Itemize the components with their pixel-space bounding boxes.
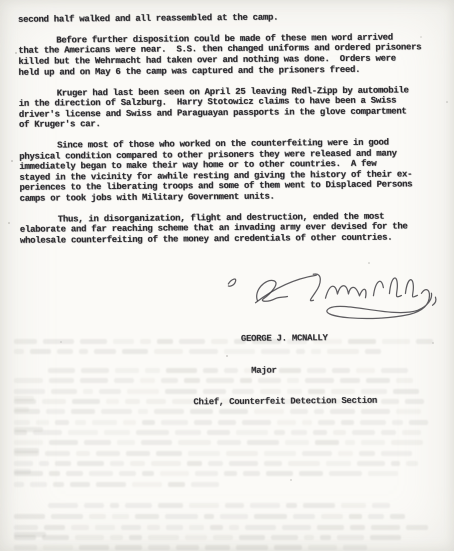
ghost-word [49,378,74,383]
text-line: second half walked and all reassembled a… [18,11,453,25]
ghost-word [264,461,282,466]
ghost-word [148,535,179,540]
ghost-word [184,378,200,383]
ghost-word [349,514,362,519]
ghost-word [146,399,166,404]
ghost-text-row [14,389,440,394]
ghost-word [224,368,238,373]
ghost-word [381,451,412,456]
ghost-word [242,420,271,425]
ghost-word [148,545,170,550]
ghost-word [393,389,419,394]
ghost-text-row [14,535,407,540]
ghost-word [261,349,290,354]
ghost-word [365,349,382,354]
ghost-word [416,339,433,344]
ghost-word [274,430,285,435]
ghost-word [356,368,375,373]
ghost-word [240,378,251,383]
ghost-word [308,545,337,550]
ghost-word [368,471,398,476]
ghost-word [147,525,160,530]
ghost-word [132,482,162,487]
ghost-word [166,368,197,373]
ghost-word [30,482,47,487]
ghost-word [39,461,49,466]
ghost-word [185,535,207,540]
ghost-word [168,482,185,487]
ghost-word [14,420,30,425]
ghost-word [14,545,37,550]
ghost-word [266,471,293,476]
ghost-word [239,535,264,540]
ghost-word [55,420,68,425]
ghost-word [331,389,355,394]
ghost-word [333,430,346,435]
ghost-word [92,420,117,425]
ghost-word [172,399,199,404]
ghost-word [57,349,73,354]
ghost-word [157,339,173,344]
paragraph: Thus, in disorganization, flight and des… [20,211,454,246]
ghost-word [279,399,309,404]
paragraph: Before further disposition could be made… [18,32,453,78]
ghost-word [154,409,184,414]
ghost-word [189,503,219,508]
ghost-word [75,420,86,425]
ghost-word [279,368,301,373]
ghost-word [113,339,135,344]
ghost-word [372,503,390,508]
ghost-word [127,389,159,394]
ghost-word [203,389,227,394]
ghost-word [302,451,332,456]
ghost-word [55,461,70,466]
ghost-word [307,368,326,373]
ghost-word [285,440,309,445]
ghost-word [51,389,77,394]
ghost-text-row [14,471,404,476]
ghost-word [79,545,109,550]
ghost-word [14,451,39,456]
ghost-text-row [14,525,434,530]
ghost-text-row [14,514,440,519]
ghost-word [140,339,150,344]
ghost-word [287,389,301,394]
ghost-word [160,471,188,476]
ghost-word [391,461,400,466]
ghost-word [318,420,335,425]
ghost-word [166,525,184,530]
ghost-word [304,535,314,540]
ghost-word [326,461,351,466]
ghost-word [176,545,199,550]
ghost-word [101,409,132,414]
ghost-word [264,451,297,456]
ghost-word [14,440,43,445]
ghost-word [317,525,344,530]
ghost-word [194,420,212,425]
handwritten-signature-icon [221,270,443,330]
ghost-word [36,420,49,425]
ghost-word [142,420,154,425]
ghost-word [75,535,104,540]
ghost-text-row [48,503,396,508]
ghost-word [30,349,51,354]
ghost-word [42,535,69,540]
ghost-word [66,471,83,476]
ghost-word [145,368,160,373]
ghost-word [313,430,327,435]
ghost-word [213,535,233,540]
ghost-word [80,378,107,383]
ghost-word [195,471,218,476]
ghost-word [337,535,364,540]
ghost-word [409,420,428,425]
ghost-word [315,399,341,404]
ghost-word [381,430,396,435]
ghost-word [68,430,98,435]
ghost-word [277,420,296,425]
ghost-word [70,482,90,487]
ghost-word [229,525,238,530]
ghost-word [286,503,297,508]
ghost-word [188,451,220,456]
ghost-word [14,461,33,466]
ghost-word [14,482,24,487]
ghost-word [332,368,350,373]
ghost-word [338,451,353,456]
ghost-text-row [14,339,439,344]
ghost-word [244,368,255,373]
ghost-word [205,399,215,404]
ghost-word [282,525,311,530]
ghost-word [156,451,182,456]
ghost-word [361,440,385,445]
ghost-word [218,420,236,425]
ghost-word [361,409,390,414]
ghost-word [243,471,260,476]
ghost-word [348,339,375,344]
ghost-word [14,471,43,476]
ghost-word [14,349,24,354]
ghost-word [125,399,140,404]
ghost-text-row [14,409,440,414]
ghost-word [45,451,70,456]
ghost-word [161,378,178,383]
ghost-word [141,440,172,445]
ghost-text-row [14,420,434,425]
ghost-word [291,430,307,435]
ghost-word [359,451,375,456]
ghost-word [226,451,257,456]
ghost-word [260,389,281,394]
paragraph: second half walked and all reassembled a… [18,11,453,25]
ghost-word [245,399,274,404]
ghost-word [46,409,65,414]
ghost-word [71,409,95,414]
ghost-word [341,420,354,425]
ghost-word [51,514,83,519]
ghost-word [211,339,229,344]
ghost-word [274,545,302,550]
ghost-word [14,535,36,540]
ghost-word [366,378,390,383]
ghost-word [330,409,355,414]
ghost-word [114,378,135,383]
ghost-word [14,399,36,404]
ghost-word [104,430,130,435]
ghost-word [151,461,180,466]
ghost-word [406,461,418,466]
ghost-word [314,409,324,414]
ghost-text-row [14,440,429,445]
document-body: second half walked and all reassembled a… [0,0,454,246]
ghost-word [14,525,38,530]
ghost-word [221,399,238,404]
ghost-word [175,430,202,435]
ghost-word [207,430,230,435]
ghost-word [130,461,146,466]
ghost-word [327,349,358,354]
ghost-word [313,339,342,344]
ghost-word [220,514,248,519]
ghost-word [308,389,325,394]
ghost-word [77,461,104,466]
ghost-word [381,399,399,404]
ghost-word [352,430,375,435]
ghost-word [190,409,213,414]
ghost-text-row [14,399,430,404]
ghost-word [178,440,210,445]
ghost-word [42,399,66,404]
ghost-word [106,399,119,404]
ghost-word [125,503,151,508]
ghost-word [115,545,143,550]
ghost-word [210,525,224,530]
ghost-word [357,461,384,466]
ghost-word [396,409,421,414]
ghost-word [14,378,43,383]
ghost-word [406,525,428,530]
ghost-word [343,545,367,550]
ghost-word [84,440,111,445]
ghost-word [191,482,219,487]
ghost-word [44,525,66,530]
ghost-word [208,461,223,466]
ghost-word [311,349,321,354]
ghost-word [49,440,79,445]
ghost-text-row [14,461,424,466]
ghost-word [83,389,94,394]
ghost-word [165,389,197,394]
ghost-word [224,349,255,354]
ghost-word [382,339,410,344]
ghost-word [203,368,218,373]
ghost-word [110,535,123,540]
ghost-word [119,471,137,476]
ghost-word [252,339,281,344]
ghost-word [204,514,214,519]
ghost-word [71,525,89,530]
ghost-word [49,471,60,476]
ghost-word [258,378,281,383]
ghost-word [138,409,148,414]
ghost-word [123,420,136,425]
ghost-word [254,409,284,414]
ghost-word [305,378,334,383]
ghost-word [290,409,308,414]
ghost-word [350,525,365,530]
ghost-word [154,349,183,354]
ghost-word [48,503,78,508]
ghost-word [361,389,387,394]
ghost-word [48,368,75,373]
ghost-word [14,514,45,519]
ghost-word [14,389,45,394]
ghost-word [110,461,124,466]
ghost-word [94,349,116,354]
paragraph: Since most of those who worked on the co… [19,137,454,204]
ghost-word [140,378,155,383]
ghost-word [360,420,386,425]
ghost-text-row [14,451,440,456]
ghost-word [293,514,316,519]
ghost-text-row [14,349,387,354]
ghost-word [72,399,99,404]
ghost-word [315,440,339,445]
ghost-word [53,482,64,487]
ghost-word [347,399,375,404]
ghost-word [320,535,331,540]
ghost-word [329,471,361,476]
ghost-word [76,451,90,456]
ghost-word [43,545,74,550]
ghost-word [224,471,238,476]
bleed-through-ghost-text [14,338,440,550]
ghost-word [341,503,366,508]
ghost-word [84,503,104,508]
ghost-word [287,378,299,383]
ghost-word [99,389,121,394]
ghost-word [381,368,408,373]
ghost-word [189,349,218,354]
ghost-word [254,514,287,519]
ghost-word [405,399,424,404]
ghost-word [117,440,135,445]
paragraph: Kruger had last been seen on April 25 le… [19,85,454,131]
ghost-word [80,339,107,344]
ghost-word [396,378,413,383]
ghost-word [392,420,403,425]
ghost-word [96,451,120,456]
ghost-word [371,525,400,530]
ghost-word [234,339,246,344]
ghost-word [250,503,280,508]
ghost-text-row [48,368,414,373]
ghost-word [390,514,406,519]
ghost-word [110,503,119,508]
ghost-word [81,368,109,373]
ghost-word [299,471,323,476]
ghost-text-row [14,430,440,435]
ghost-word [217,440,242,445]
text-line: of Kruger's car. [19,116,454,130]
ghost-word [271,535,298,540]
ghost-word [136,430,168,435]
ghost-word [232,389,254,394]
ghost-word [219,409,248,414]
ghost-word [206,378,235,383]
ghost-word [89,514,106,519]
ghost-word [129,535,142,540]
ghost-word [345,440,355,445]
ghost-word [370,535,401,540]
ghost-word [165,514,198,519]
ghost-word [302,420,312,425]
ghost-text-row [14,482,225,487]
ghost-word [112,514,129,519]
ghost-word [236,430,268,435]
ghost-word [189,525,204,530]
ghost-word [303,503,335,508]
ghost-word [247,440,279,445]
ghost-word [321,514,342,519]
ghost-word [135,514,158,519]
ghost-word [79,349,88,354]
ghost-word [43,339,74,344]
ghost-word [33,430,62,435]
ghost-word [261,368,274,373]
ghost-word [205,545,230,550]
ghost-word [225,503,244,508]
ghost-word [391,440,422,445]
ghost-text-row [14,378,440,383]
ghost-word [161,420,188,425]
ghost-word [340,378,360,383]
ghost-text-row [14,545,373,550]
ghost-word [95,525,115,530]
ghost-word [14,339,37,344]
ghost-word [158,503,183,508]
ghost-word [179,339,205,344]
ghost-word [368,514,384,519]
ghost-word [142,471,154,476]
ghost-word [296,349,305,354]
ghost-word [245,525,276,530]
ghost-word [122,349,148,354]
ghost-word [187,461,202,466]
ghost-word [288,461,320,466]
ghost-word [14,409,40,414]
scanned-document-page: second half walked and all reassembled a… [0,0,454,551]
ghost-word [14,430,27,435]
ghost-word [402,430,422,435]
ghost-word [89,471,112,476]
ghost-word [229,461,259,466]
ghost-word [126,451,150,456]
ghost-word [115,368,139,373]
ghost-word [96,482,126,487]
ghost-word [236,545,268,550]
ghost-word [287,339,307,344]
ghost-word [121,525,141,530]
